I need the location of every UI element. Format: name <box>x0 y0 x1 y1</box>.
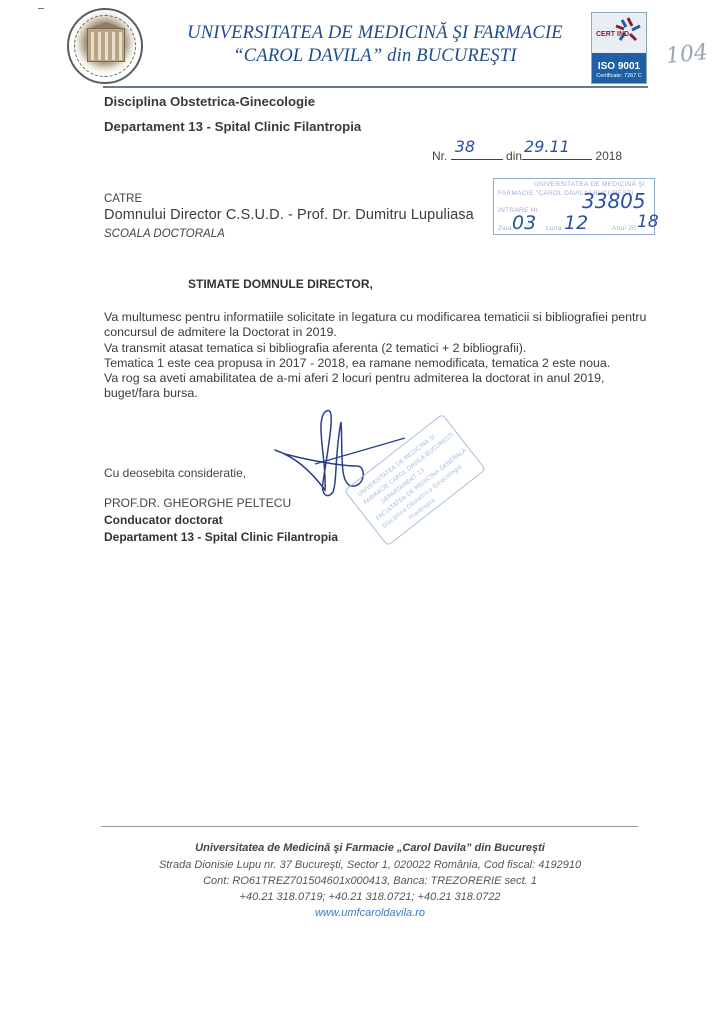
sender-department: Departament 13 - Spital Clinic Filantrop… <box>104 119 361 134</box>
footer-account: Cont: RO61TREZ701504601x000413, Banca: T… <box>100 873 640 890</box>
reference-number-line: Nr. 38 din29.11 2018 <box>432 146 622 163</box>
nr-field: 38 <box>451 146 503 160</box>
certificate-number: Certificate: 7267 C <box>592 73 646 80</box>
paragraph: Tematica 1 este cea propusa in 2017 - 20… <box>104 356 664 371</box>
cert-ind-star-icon <box>614 16 642 44</box>
salutation: STIMATE DOMNULE DIRECTOR, <box>188 277 373 291</box>
registration-stamp: UNIVERSITATEA DE MEDICINĂ ŞI FARMACIE "C… <box>493 178 655 235</box>
paragraph: Va multumesc pentru informatiile solicit… <box>104 310 664 341</box>
scan-corner-mark <box>38 8 44 9</box>
recipient-institution: SCOALA DOCTORALA <box>104 228 225 240</box>
signer-role: Conducator doctorat <box>104 513 223 527</box>
handwritten-page-number: 104 <box>665 40 709 69</box>
recipient-label: CATRE <box>104 193 142 205</box>
signer-department: Departament 13 - Spital Clinic Filantrop… <box>104 530 338 544</box>
registration-month: 12 <box>564 212 588 234</box>
footer-address: Strada Dionisie Lupu nr. 37 Bucureşti, S… <box>100 857 640 874</box>
footer-website-link[interactable]: www.umfcaroldavila.ro <box>100 905 640 922</box>
date-field: 29.11 <box>522 146 592 160</box>
date-value: 29.11 <box>524 137 570 156</box>
university-name-line2: “CAROL DAVILA” din BUCUREŞTI <box>150 45 600 68</box>
registration-year: 18 <box>637 212 659 232</box>
year: 2018 <box>595 149 622 163</box>
letter-body: Va multumesc pentru informatiile solicit… <box>104 310 664 402</box>
paragraph: Va rog sa aveti amabilitatea de a-mi afe… <box>104 371 649 402</box>
paragraph: Va transmit atasat tematica si bibliogra… <box>104 341 664 356</box>
footer-institution: Universitatea de Medicină şi Farmacie „C… <box>100 840 640 857</box>
footer-phones: +40.21 318.0719; +40.21 318.0721; +40.21… <box>100 889 640 906</box>
iso-standard: ISO 9001 <box>592 61 646 72</box>
recipient-name: Domnului Director C.S.U.D. - Prof. Dr. D… <box>104 207 474 223</box>
university-seal-icon <box>67 8 143 84</box>
footer-divider <box>101 826 638 827</box>
nr-value: 38 <box>455 137 475 156</box>
cert-brand: CERT IND <box>596 31 629 38</box>
nr-label: Nr. <box>432 149 447 163</box>
header-divider <box>103 86 648 88</box>
closing-phrase: Cu deosebita consideratie, <box>104 466 246 480</box>
registration-day: 03 <box>512 212 536 234</box>
registration-number: 33805 <box>582 189 646 213</box>
sender-discipline: Disciplina Obstetrica-Ginecologie <box>104 94 315 109</box>
university-name-line1: UNIVERSITATEA DE MEDICINĂ ŞI FARMACIE <box>150 22 600 45</box>
signer-name: PROF.DR. GHEORGHE PELTECU <box>104 496 291 510</box>
iso-certification-badge: CERT IND · · · · · · ISO 9001 Certificat… <box>591 12 647 84</box>
din-label: din <box>506 149 522 163</box>
department-round-stamp: UNIVERSITATEA DE MEDICINA SI FARMACIE CA… <box>335 415 495 545</box>
